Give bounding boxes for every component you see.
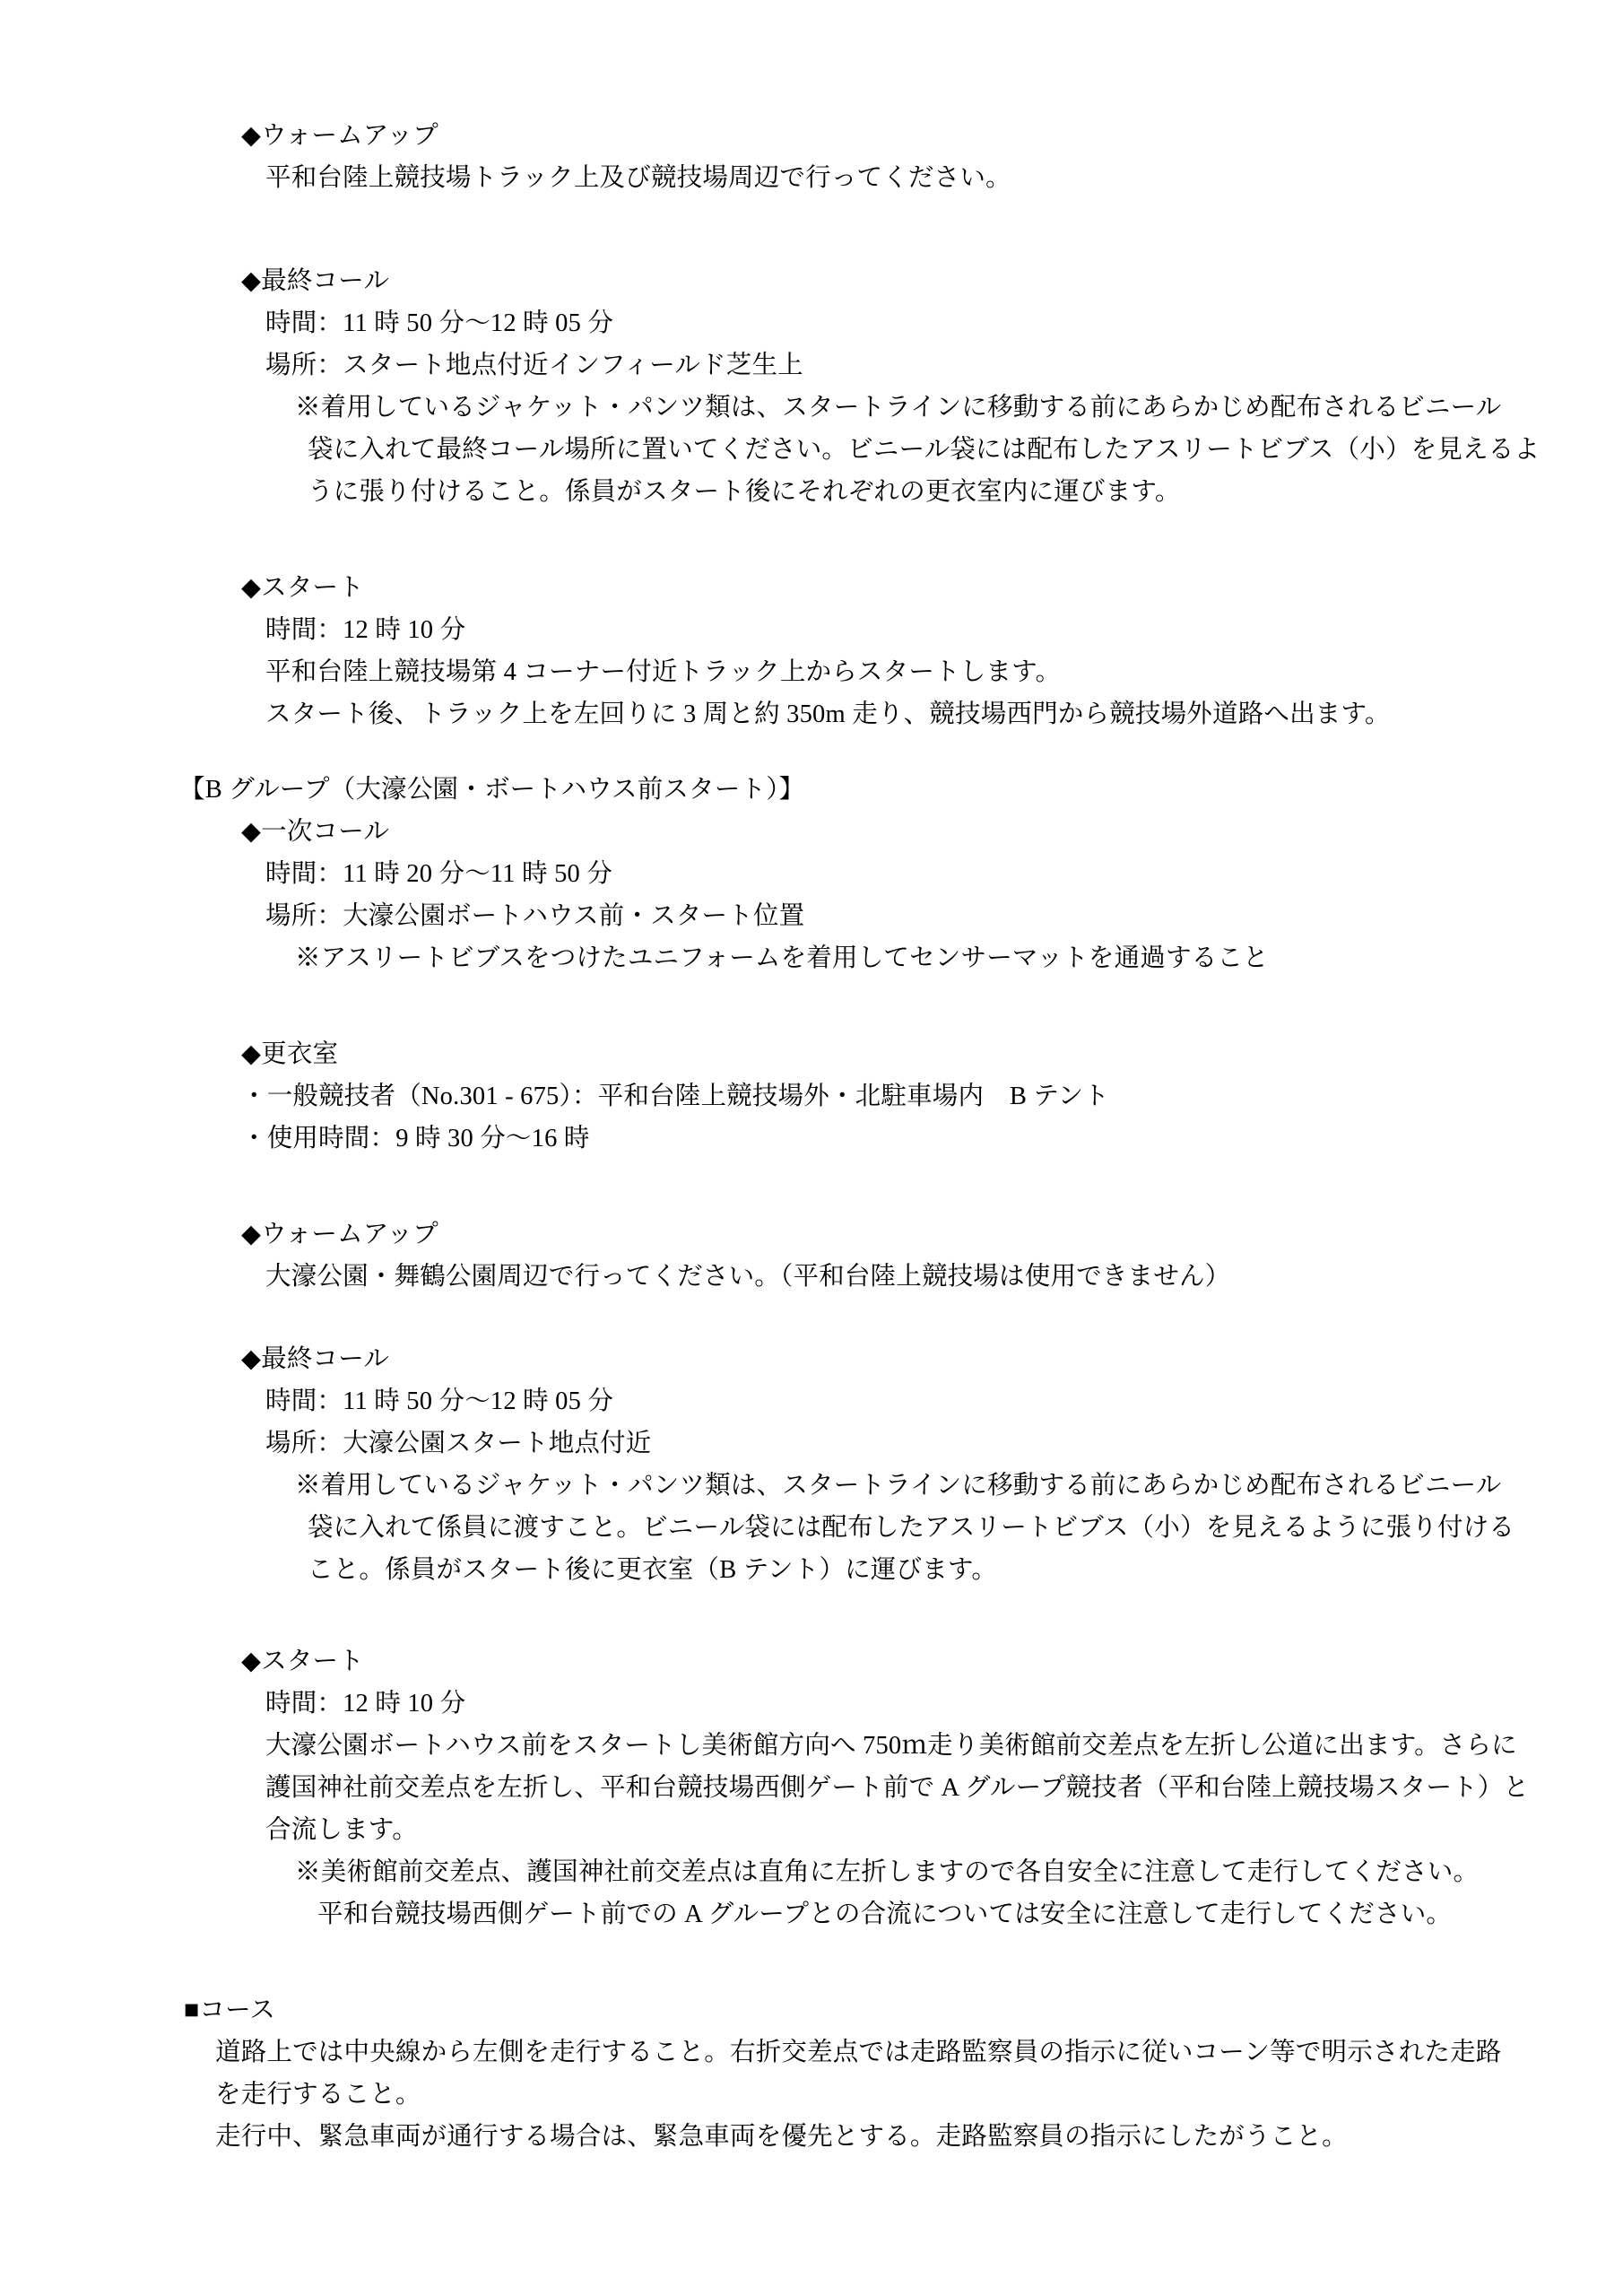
changing-room-item-2: ・使用時間：9 時 30 分～16 時: [241, 1118, 1623, 1160]
section-group-b-start: ◆スタート 時間：12 時 10 分 大濠公園ボートハウス前をスタートし美術館方…: [0, 1640, 1623, 1935]
start-b-time-line: 時間：12 時 10 分: [265, 1683, 1623, 1725]
start-b-body-line-3: 合流します。: [265, 1809, 1623, 1851]
diamond-bullet-icon: ◆: [241, 818, 261, 846]
warmup-a-body-line: 平和台陸上競技場トラック上及び競技場周辺で行ってください。: [265, 157, 1623, 199]
start-b-heading-label: スタート: [261, 1648, 364, 1675]
start-a-heading: ◆スタート: [241, 567, 1623, 609]
first-call-b-place-line: 場所：大濠公園ボートハウス前・スタート位置: [265, 895, 1623, 937]
diamond-bullet-icon: ◆: [241, 1345, 261, 1373]
final-call-a-note-line-1: ※着用しているジャケット・パンツ類は、スタートラインに移動する前にあらかじめ配布…: [295, 387, 1623, 429]
diamond-bullet-icon: ◆: [241, 267, 261, 295]
section-group-b-warmup: ◆ウォームアップ 大濠公園・舞鶴公園周辺で行ってください。（平和台陸上競技場は使…: [0, 1213, 1623, 1298]
section-group-b-changing-room: ◆更衣室 ・一般競技者（No.301 - 675）：平和台陸上競技場外・北駐車場…: [0, 1033, 1623, 1160]
changing-room-heading: ◆更衣室: [241, 1033, 1623, 1075]
section-group-b-first-call: ◆一次コール 時間：11 時 20 分～11 時 50 分 場所：大濠公園ボート…: [0, 811, 1623, 979]
diamond-bullet-icon: ◆: [241, 122, 261, 150]
section-group-b-final-call: ◆最終コール 時間：11 時 50 分～12 時 05 分 場所：大濠公園スター…: [0, 1338, 1623, 1591]
first-call-b-heading-label: 一次コール: [261, 818, 389, 846]
start-a-body-line-2: スタート後、トラック上を左回りに 3 周と約 350m 走り、競技場西門から競技…: [265, 693, 1623, 735]
final-call-a-time-line: 時間：11 時 50 分～12 時 05 分: [265, 302, 1623, 344]
warmup-a-heading: ◆ウォームアップ: [241, 115, 1623, 157]
section-group-a-start: ◆スタート 時間：12 時 10 分 平和台陸上競技場第 4 コーナー付近トラッ…: [0, 567, 1623, 735]
changing-room-heading-label: 更衣室: [261, 1040, 338, 1068]
final-call-b-note-line-2: 袋に入れて係員に渡すこと。ビニール袋には配布したアスリートビブス（小）を見えるよ…: [308, 1507, 1623, 1549]
course-heading-label: コース: [199, 1996, 275, 2024]
start-a-time-line: 時間：12 時 10 分: [265, 609, 1623, 651]
document-page: ◆ウォームアップ 平和台陸上競技場トラック上及び競技場周辺で行ってください。 ◆…: [0, 0, 1623, 2296]
start-a-heading-label: スタート: [261, 574, 364, 602]
diamond-bullet-icon: ◆: [241, 574, 261, 602]
first-call-b-time-line: 時間：11 時 20 分～11 時 50 分: [265, 853, 1623, 895]
start-b-body-line-1: 大濠公園ボートハウス前をスタートし美術館方向へ 750ｍ走り美術館前交差点を左折…: [265, 1725, 1623, 1767]
diamond-bullet-icon: ◆: [241, 1040, 261, 1068]
final-call-b-place-line: 場所：大濠公園スタート地点付近: [265, 1422, 1623, 1465]
final-call-a-note-line-2: 袋に入れて最終コール場所に置いてください。ビニール袋には配布したアスリートビブス…: [308, 429, 1623, 471]
final-call-a-place-line: 場所：スタート地点付近インフィールド芝生上: [265, 344, 1623, 387]
section-group-a-warmup: ◆ウォームアップ 平和台陸上競技場トラック上及び競技場周辺で行ってください。: [0, 115, 1623, 199]
square-bullet-icon: ■: [184, 1996, 199, 2024]
final-call-b-note-line-3: こと。係員がスタート後に更衣室（B テント）に運びます。: [308, 1549, 1623, 1591]
course-body-line-2: を走行すること。: [215, 2074, 1623, 2116]
final-call-b-note-line-1: ※着用しているジャケット・パンツ類は、スタートラインに移動する前にあらかじめ配布…: [295, 1465, 1623, 1507]
group-b-header: 【B グループ（大濠公園・ボートハウス前スタート）】: [179, 769, 1623, 811]
final-call-b-time-line: 時間：11 時 50 分～12 時 05 分: [265, 1380, 1623, 1422]
section-course: ■コース 道路上では中央線から左側を走行すること。右折交差点では走路監察員の指示…: [0, 1989, 1623, 2158]
final-call-a-note-line-3: うに張り付けること。係員がスタート後にそれぞれの更衣室内に運びます。: [308, 471, 1623, 513]
final-call-a-heading: ◆最終コール: [241, 260, 1623, 302]
final-call-b-heading-label: 最終コール: [261, 1345, 389, 1373]
first-call-b-note-line: ※アスリートビブスをつけたユニフォームを着用してセンサーマットを通過すること: [295, 937, 1623, 979]
start-a-body-line-1: 平和台陸上競技場第 4 コーナー付近トラック上からスタートします。: [265, 651, 1623, 693]
warmup-b-heading-label: ウォームアップ: [261, 1221, 438, 1248]
warmup-b-body-line: 大濠公園・舞鶴公園周辺で行ってください。（平和台陸上競技場は使用できません）: [265, 1256, 1623, 1298]
first-call-b-heading: ◆一次コール: [241, 811, 1623, 853]
diamond-bullet-icon: ◆: [241, 1648, 261, 1675]
start-b-body-line-2: 護国神社前交差点を左折し、平和台競技場西側ゲート前で A グループ競技者（平和台…: [265, 1767, 1623, 1809]
start-b-heading: ◆スタート: [241, 1640, 1623, 1683]
changing-room-item-1: ・一般競技者（No.301 - 675）：平和台陸上競技場外・北駐車場内 B テ…: [241, 1075, 1623, 1118]
course-body-line-3: 走行中、緊急車両が通行する場合は、緊急車両を優先とする。走路監察員の指示にしたが…: [215, 2116, 1623, 2158]
section-group-a-final-call: ◆最終コール 時間：11 時 50 分～12 時 05 分 場所：スタート地点付…: [0, 260, 1623, 513]
course-heading: ■コース: [184, 1989, 1623, 2031]
diamond-bullet-icon: ◆: [241, 1221, 261, 1248]
warmup-a-heading-label: ウォームアップ: [261, 122, 438, 150]
final-call-a-heading-label: 最終コール: [261, 267, 389, 295]
start-b-note-line-1: ※美術館前交差点、護国神社前交差点は直角に左折しますので各自安全に注意して走行し…: [295, 1851, 1623, 1893]
start-b-note-line-2: 平和台競技場西側ゲート前での A グループとの合流については安全に注意して走行し…: [317, 1893, 1623, 1935]
warmup-b-heading: ◆ウォームアップ: [241, 1213, 1623, 1256]
final-call-b-heading: ◆最終コール: [241, 1338, 1623, 1380]
course-body-line-1: 道路上では中央線から左側を走行すること。右折交差点では走路監察員の指示に従いコー…: [215, 2031, 1623, 2074]
